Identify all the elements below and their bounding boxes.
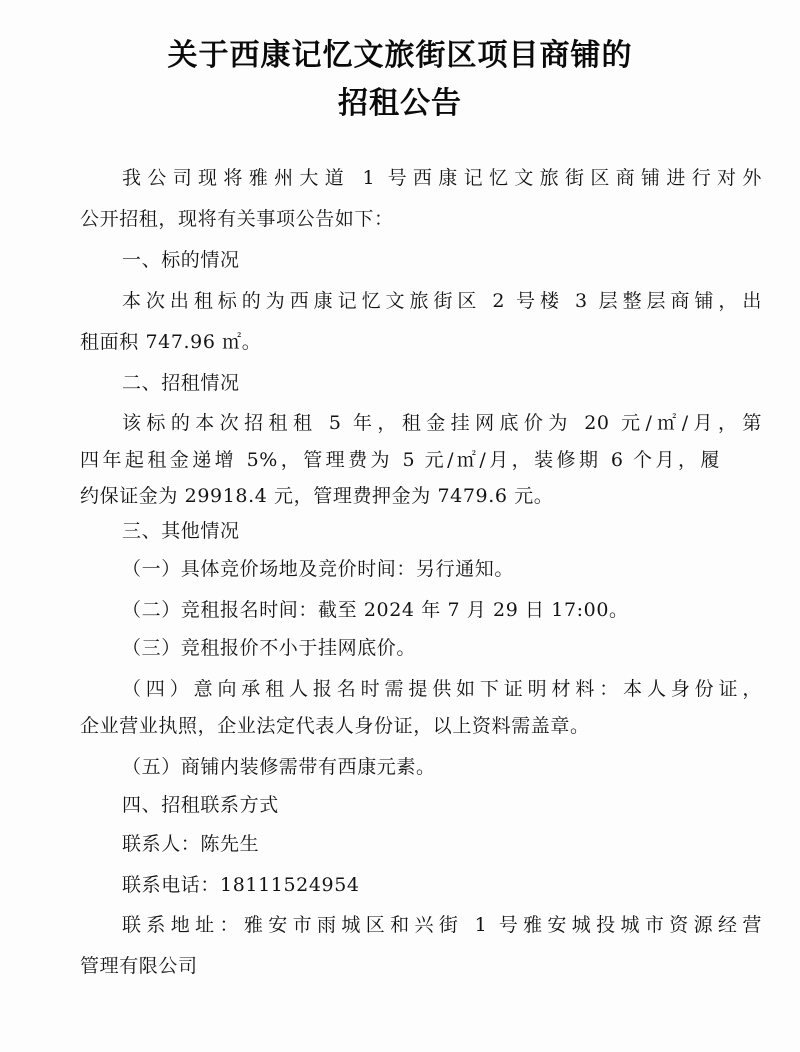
section-3-item-5: （五）商铺内装修需带有西康元素。 xyxy=(80,753,762,781)
intro-paragraph-line-2: 公开招租，现将有关事项公告如下： xyxy=(80,205,720,233)
section-1-text-line-1: 本次出租标的为西康记忆文旅街区 2 号楼 3 层整层商铺，出 xyxy=(80,287,762,315)
section-2-text-line-3: 约保证金为 29918.4 元，管理费押金为 7479.6 元。 xyxy=(80,482,720,510)
document-page: 关于西康记忆文旅街区项目商铺的 招租公告 我公司现将雅州大道 1 号西康记忆文旅… xyxy=(0,0,800,1052)
document-title-line-2: 招租公告 xyxy=(0,78,800,122)
document-title-line-1: 关于西康记忆文旅街区项目商铺的 xyxy=(0,30,800,74)
section-3-item-3: （三）竞租报价不小于挂网底价。 xyxy=(80,634,762,662)
section-3-heading: 三、其他情况 xyxy=(80,517,762,545)
intro-paragraph-line-1: 我公司现将雅州大道 1 号西康记忆文旅街区商铺进行对外 xyxy=(80,164,762,192)
section-3-item-4-line-2: 企业营业执照，企业法定代表人身份证，以上资料需盖章。 xyxy=(80,712,720,740)
section-2-text-line-1: 该标的本次招租租 5 年，租金挂网底价为 20 元/㎡/月，第 xyxy=(80,409,762,437)
section-3-item-4-line-1: （四）意向承租人报名时需提供如下证明材料：本人身份证， xyxy=(80,675,762,703)
contact-person: 联系人：陈先生 xyxy=(80,830,762,858)
section-1-text-line-2: 租面积 747.96 ㎡。 xyxy=(80,328,720,356)
section-3-item-2: （二）竞租报名时间：截至 2024 年 7 月 29 日 17:00。 xyxy=(80,596,762,624)
section-3-item-1: （一）具体竞价场地及竞价时间：另行通知。 xyxy=(80,555,762,583)
section-1-heading: 一、标的情况 xyxy=(80,246,762,274)
section-2-heading: 二、招租情况 xyxy=(80,369,762,397)
contact-phone: 联系电话：18111524954 xyxy=(80,871,762,899)
section-4-heading: 四、招租联系方式 xyxy=(80,791,762,819)
contact-address-line-2: 管理有限公司 xyxy=(80,952,720,980)
section-2-text-line-2: 四年起租金递增 5%，管理费为 5 元/㎡/月，装修期 6 个月，履 xyxy=(80,446,720,474)
contact-address-line-1: 联系地址：雅安市雨城区和兴街 1 号雅安城投城市资源经营 xyxy=(80,911,762,939)
